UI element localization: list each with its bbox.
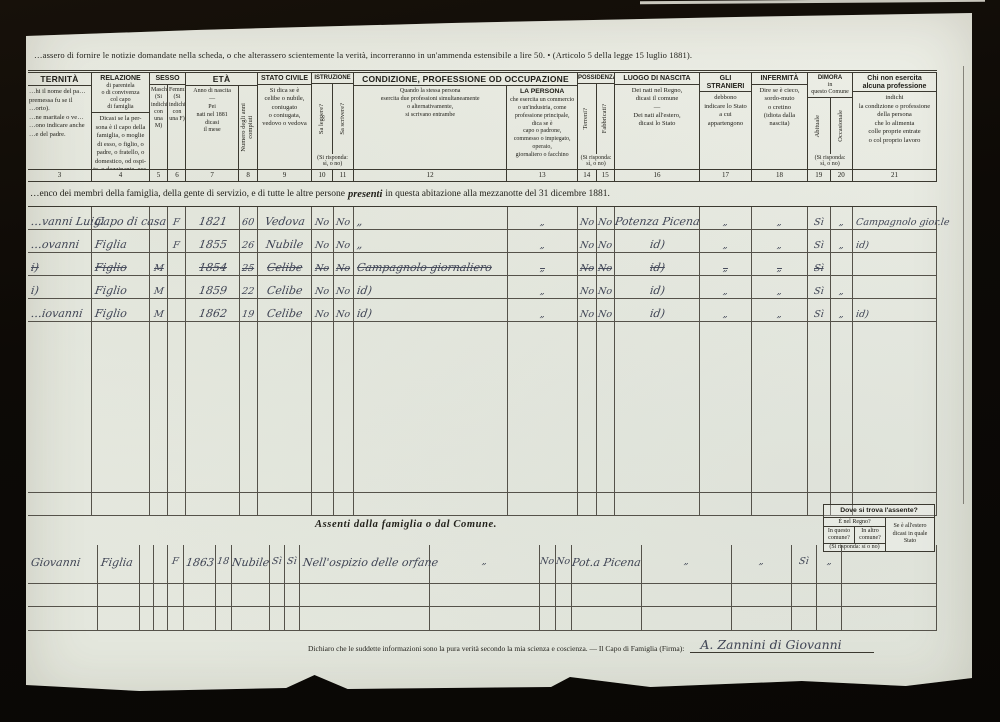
handwritten-value: 60 (242, 218, 255, 228)
empty-cell (186, 493, 240, 515)
empty-cell (792, 607, 817, 630)
empty-cell (184, 584, 216, 606)
handwritten-value: No (336, 287, 351, 297)
cell-la-persona: „ (508, 253, 578, 275)
header-col-infermita: INFERMITÀ Dire se è cieco, sordo-muto o … (752, 73, 808, 181)
handwritten-value: M (153, 287, 164, 297)
handwritten-value: Capo di casa (94, 216, 167, 227)
header-col-dimora: DIMORAin questo Comune Abituale Occasion… (808, 73, 853, 181)
handwritten-value: Celibe (266, 308, 303, 319)
handwritten-value: 1862 (198, 308, 228, 319)
column-numbers: 14 15 (578, 169, 614, 181)
empty-cell (98, 607, 140, 630)
column-title: STATO CIVILE (258, 73, 311, 85)
cell-femmina: F (168, 230, 186, 252)
empty-cell (285, 607, 300, 630)
header-col-possidenza: POSSIDENZA Terreni? Fabbricati? (Si risp… (578, 73, 615, 181)
vertical-label: Numero degli anni compiuti (241, 103, 255, 152)
empty-cell (184, 607, 216, 630)
column-number: 14 (578, 170, 597, 181)
assenti-row-1: Giovanni Figlia F 1863 18 Nubile Sì Sì N… (28, 545, 937, 584)
cell-dimora-occasionale (831, 253, 853, 275)
column-number: 21 (853, 169, 936, 181)
cell-anno-nascita: 1863 (184, 545, 216, 583)
caption-emphasis: presenti (348, 189, 382, 200)
empty-cell (578, 322, 597, 492)
column-desc: …hi il nome del pa… premessa fu se il …o… (28, 86, 91, 169)
column-title-text: GLI STRANIERI (700, 75, 751, 90)
handwritten-value: No (598, 287, 613, 297)
cell-paternita: Giovanni (28, 545, 98, 583)
handwritten-value: „ (683, 557, 689, 567)
cell-relazione: Figlio (92, 276, 150, 298)
cell-infermita: „ (752, 253, 808, 275)
empty-cell (216, 584, 232, 606)
column-title-text: STATO CIVILE (258, 75, 311, 83)
cell-relazione: Capo di casa (92, 207, 150, 229)
subcol-fabbricati: Fabbricati? (597, 84, 615, 154)
handwritten-value: Celibe (266, 262, 303, 273)
empty-cell (597, 493, 615, 515)
subcol-title: LA PERSONA (508, 88, 576, 97)
istruzione-subcolumns: Sa leggere? Sa scrivere? (312, 84, 353, 154)
paper: …assero di fornire le notizie domandate … (26, 10, 972, 700)
handwritten-value: No (579, 218, 594, 228)
empty-cell (817, 607, 842, 630)
subcol-desc: Quando la stessa persona esercita due pr… (354, 86, 506, 169)
handwritten-value: No (598, 264, 613, 274)
handwritten-value: „ (539, 287, 545, 297)
cell-dimora-abituale: Sì (808, 253, 831, 275)
handwritten-value: Celibe (266, 285, 303, 296)
vertical-label: Abituale (815, 115, 822, 137)
header-col-eta: ETÀ Anno di nascita — Pei nati nel 1881 … (186, 73, 258, 181)
cell-stranieri: „ (700, 230, 752, 252)
handwritten-value: Nell'ospizio delle orfane (302, 557, 439, 568)
handwritten-value: No (315, 241, 330, 251)
cell-paternita: i) (28, 276, 92, 298)
subcol-occasionale: Occasionale (831, 98, 853, 154)
empty-cell (312, 322, 334, 492)
presenti-caption: …enco dei membri della famiglia, della g… (28, 182, 937, 207)
cell-luogo-nascita: Potenza Picena (615, 207, 700, 229)
cell-sa-leggere: No (312, 276, 334, 298)
empty-cell (508, 493, 578, 515)
empty-cell (578, 493, 597, 515)
cell-paternita: …iovanni (28, 299, 92, 321)
cell-anni: 60 (240, 207, 258, 229)
empty-cell (572, 607, 642, 630)
handwritten-value: No (579, 287, 594, 297)
empty-cell (732, 607, 792, 630)
empty-cell (258, 493, 312, 515)
handwritten-value: i) (30, 262, 39, 273)
handwritten-value: „ (776, 218, 782, 228)
handwritten-value: 1855 (198, 239, 228, 250)
handwritten-value: „ (838, 310, 844, 320)
handwritten-value: No (556, 557, 571, 567)
cell-fabbricati: No (597, 276, 615, 298)
subcol-abituale: Abituale (808, 98, 831, 154)
handwritten-value: Sì (814, 310, 825, 320)
empty-cell (140, 545, 154, 583)
empty-cell (232, 607, 270, 630)
subcol-maschio: Maschio(Si indichi con una M) 5 (150, 85, 168, 181)
handwritten-value: No (315, 218, 330, 228)
presenti-row-4: i) Figlio M 1859 22 Celibe No No id) „ N… (28, 276, 937, 299)
dove-box-title: Dove si trova l'assente? (824, 505, 934, 518)
column-title-text: POSSIDENZA (578, 75, 614, 82)
handwritten-value: „ (776, 287, 782, 297)
cell-sa-leggere: No (312, 207, 334, 229)
cell-dimora-occasionale: „ (831, 230, 853, 252)
empty-cell (597, 322, 615, 492)
cell-infermita: „ (752, 299, 808, 321)
header-col-sesso: SESSO Maschio(Si indichi con una M) 5 Fe… (150, 73, 186, 181)
cell-terreni: No (578, 253, 597, 275)
column-number: 18 (752, 169, 807, 181)
column-number: 13 (507, 169, 577, 181)
group-title: CONDIZIONE, PROFESSIONE OD OCCUPAZIONE (354, 73, 577, 86)
cell-sa-scrivere: Sì (285, 545, 300, 583)
column-title-text: ETÀ (186, 75, 257, 84)
header-col-condizione: CONDIZIONE, PROFESSIONE OD OCCUPAZIONE Q… (354, 73, 578, 181)
presenti-row-2: …ovanni Figlia F 1855 26 Nubile No No „ … (28, 230, 937, 253)
condizione-subcolumns: Quando la stessa persona esercita due pr… (354, 86, 577, 181)
handwritten-value: F (173, 218, 181, 228)
empty-cell (140, 584, 154, 606)
handwritten-value: Sì (287, 557, 298, 567)
cell-relazione: Figlia (98, 545, 140, 583)
empty-cell (168, 607, 184, 630)
column-desc: Dire se è cieco, sordo-muto o cretino (i… (752, 85, 807, 169)
empty-cell (300, 584, 430, 606)
handwritten-value: i) (30, 285, 39, 296)
cell-dimora-occasionale: „ (831, 299, 853, 321)
cell-dimora-abituale: Sì (808, 299, 831, 321)
cell-paternita: …vanni Luigi (28, 207, 92, 229)
subcol-anno-nascita: Anno di nascita — Pei nati nel 1881 dica… (186, 86, 239, 181)
cell-la-persona: „ (508, 299, 578, 321)
empty-cell (642, 607, 732, 630)
cell-stato-civile: Vedova (258, 207, 312, 229)
cell-fabbricati: No (556, 545, 572, 583)
cell-la-persona: „ (508, 276, 578, 298)
cell-anni: 25 (240, 253, 258, 275)
subcol-desc: Femmina(Si indichi con una F) (168, 85, 186, 169)
cell-anno-nascita: 1859 (186, 276, 240, 298)
cell-infermita: „ (752, 230, 808, 252)
column-number: 15 (597, 170, 615, 181)
vertical-label: Sa scrivere? (340, 103, 347, 135)
empty-cell (354, 322, 508, 492)
handwritten-value: 25 (242, 264, 255, 274)
empty-cell (831, 322, 853, 492)
handwritten-value: id) (356, 285, 372, 296)
empty-cell (700, 322, 752, 492)
handwritten-value: No (336, 264, 351, 274)
handwritten-value: No (315, 264, 330, 274)
handwritten-value: Figlia (94, 239, 127, 250)
column-title-text: ISTRUZIONE (312, 75, 353, 82)
column-desc: Dicasi se la per- sona è il capo della f… (92, 113, 149, 169)
header-col-chi-non-esercita: Chi non esercita alcuna professione indi… (853, 73, 937, 181)
header-col-paternita: TERNITÀ …hi il nome del pa… premessa fu … (28, 73, 92, 181)
handwritten-value: No (579, 241, 594, 251)
vertical-label: Occasionale (838, 110, 845, 142)
vertical-label: Fabbricati? (602, 104, 609, 133)
group-title-text: CONDIZIONE, PROFESSIONE OD OCCUPAZIONE (354, 75, 577, 84)
column-desc: Dei nati nel Regno, dicasi il comune — D… (615, 85, 699, 169)
handwritten-value: „ (722, 218, 728, 228)
cell-anni: 26 (240, 230, 258, 252)
column-number: 3 (28, 169, 91, 181)
handwritten-value: Figlio (94, 308, 127, 319)
handwritten-value: …ovanni (30, 239, 80, 250)
column-title: Chi non esercita alcuna professione (853, 73, 936, 92)
handwritten-value: 19 (242, 310, 255, 320)
empty-cell (842, 584, 937, 606)
empty-cell (540, 607, 556, 630)
empty-cell (28, 322, 92, 492)
subcol-terreni: Terreni? (578, 84, 597, 154)
empty-cell (842, 607, 937, 630)
cell-paternita: i) (28, 253, 92, 275)
subcol-footnote: (Si risponda: sì, o no) (578, 154, 614, 169)
column-number: 9 (258, 169, 311, 181)
cell-dimora-occasionale: „ (831, 207, 853, 229)
cell-luogo-nascita: Pot.a Picena (572, 545, 642, 583)
empty-cell (334, 493, 354, 515)
empty-cell (28, 607, 98, 630)
cell-luogo-nascita: id) (615, 276, 700, 298)
column-title: INFERMITÀ (752, 73, 807, 85)
handwritten-value: id) (649, 308, 665, 319)
declaration-text: Dichiaro che le suddette informazioni so… (308, 644, 684, 653)
cell-fabbricati: No (597, 299, 615, 321)
handwritten-value: Sì (814, 264, 825, 274)
handwritten-value: No (336, 310, 351, 320)
empty-cell (508, 322, 578, 492)
empty-cell (700, 493, 752, 515)
cell-terreni: No (578, 276, 597, 298)
empty-cell (792, 584, 817, 606)
declaration-line: Dichiaro che le suddette informazioni so… (308, 639, 874, 653)
empty-ruled-row (28, 493, 937, 516)
subcol-anni-compiuti: Numero degli anni compiuti 8 (239, 86, 257, 181)
cell-anno-nascita: 1855 (186, 230, 240, 252)
assenti-section-title: Assenti dalla famiglia o dal Comune. (146, 519, 666, 530)
empty-cell (615, 322, 700, 492)
cell-dimora-abituale: Sì (808, 207, 831, 229)
cell-relazione: Figlio (92, 253, 150, 275)
cell-sa-leggere: Sì (270, 545, 285, 583)
cell-professione: Campagnolo giornaliero (354, 253, 508, 275)
handwritten-value: „ (838, 218, 844, 228)
caption-prefix: …enco dei membri della famiglia, della g… (30, 189, 345, 199)
vertical-label: Sa leggere? (319, 104, 326, 134)
handwritten-value: Sì (272, 557, 283, 567)
column-numbers: 10 11 (312, 169, 353, 181)
cell-femmina: F (168, 545, 184, 583)
handwritten-value: …iovanni (30, 308, 83, 319)
handwritten-value: „ (356, 216, 363, 227)
cell-maschio: M (150, 253, 168, 275)
handwritten-value: 22 (242, 287, 255, 297)
handwritten-value: „ (539, 264, 545, 274)
handwritten-value: „ (776, 264, 782, 274)
empty-cell (240, 493, 258, 515)
cell-stato-civile: Celibe (258, 253, 312, 275)
sesso-subcolumns: Maschio(Si indichi con una M) 5 Femmina(… (150, 85, 185, 181)
cell-stato-civile: Celibe (258, 276, 312, 298)
cell-anno-nascita: 1862 (186, 299, 240, 321)
cell-sa-scrivere: No (334, 207, 354, 229)
handwritten-value: „ (776, 241, 782, 251)
empty-cell (285, 584, 300, 606)
subcol-note: (Si indichi con una M) (151, 94, 166, 130)
subcol-femmina: Femmina(Si indichi con una F) 6 (168, 85, 186, 181)
column-number: 6 (168, 169, 186, 181)
census-table: TERNITÀ …hi il nome del pa… premessa fu … (28, 70, 937, 516)
cell-femmina: F (168, 207, 186, 229)
column-title: DIMORAin questo Comune (808, 73, 852, 98)
handwritten-value: Campagnolo giornaliero (356, 262, 492, 273)
column-number: 17 (700, 169, 751, 181)
empty-cell (28, 584, 98, 606)
empty-cell (168, 322, 186, 492)
handwritten-value: No (540, 557, 555, 567)
empty-cell (556, 584, 572, 606)
cell-professione: Nell'ospizio delle orfane (300, 545, 430, 583)
column-title-text: LUOGO DI NASCITA (615, 75, 699, 83)
cell-maschio (150, 230, 168, 252)
cell-luogo-nascita: id) (615, 253, 700, 275)
handwritten-value: Figlio (94, 285, 127, 296)
page-margin-line (963, 66, 964, 504)
empty-cell (430, 607, 540, 630)
column-number: 11 (333, 170, 353, 181)
handwritten-value: 1854 (198, 262, 228, 273)
empty-cell (92, 493, 150, 515)
column-number: 20 (831, 170, 853, 181)
handwritten-value: „ (838, 287, 844, 297)
handwritten-value: „ (539, 241, 545, 251)
empty-cell (312, 493, 334, 515)
handwritten-value: 1821 (198, 216, 228, 227)
handwritten-value: „ (722, 264, 728, 274)
cell-anno-nascita: 1821 (186, 207, 240, 229)
adjacent-page-edge (640, 0, 985, 4)
altro-comune-label: In altro comune? (855, 527, 885, 543)
empty-cell (752, 322, 808, 492)
cell-professione: id) (354, 276, 508, 298)
cell-sa-leggere: No (312, 253, 334, 275)
vertical-label-wrap: Numero degli anni compiuti (239, 86, 257, 169)
empty-cell (300, 607, 430, 630)
column-title: ETÀ (186, 73, 257, 86)
cell-dimora-abituale: Sì (808, 230, 831, 252)
empty-cell (752, 493, 808, 515)
empty-cell (270, 607, 285, 630)
handwritten-value: „ (722, 287, 728, 297)
assenti-empty-row (28, 584, 937, 607)
assenti-empty-row (28, 607, 937, 631)
possidenza-subcolumns: Terreni? Fabbricati? (578, 84, 614, 154)
empty-cell (186, 322, 240, 492)
column-title: LUOGO DI NASCITA (615, 73, 699, 85)
column-desc: Si dica se è celibe o nubile, coniugato … (258, 85, 311, 169)
empty-ruled-area (28, 322, 937, 493)
dimora-subcolumns: Abituale Occasionale (808, 98, 852, 154)
empty-cell (154, 607, 168, 630)
empty-cell (572, 584, 642, 606)
empty-cell (354, 493, 508, 515)
caption-suffix: in questa abitazione alla mezzanotte del… (385, 189, 609, 199)
handwritten-value: „ (722, 241, 728, 251)
subcol-sa-leggere: Sa leggere? (312, 84, 333, 154)
empty-cell (732, 584, 792, 606)
empty-cell (556, 607, 572, 630)
cell-stato-civile: Celibe (258, 299, 312, 321)
cell-estero (842, 545, 937, 583)
subcol-desc: Maschio(Si indichi con una M) (150, 85, 167, 169)
empty-cell (216, 607, 232, 630)
questo-comune-label: In questo comune? (824, 527, 855, 543)
handwritten-value: 18 (217, 557, 230, 567)
empty-cell (232, 584, 270, 606)
cell-alimento: id) (853, 230, 937, 252)
cell-alimento: id) (853, 299, 937, 321)
column-number: 8 (239, 169, 257, 181)
scanned-census-sheet: { "colors":{"paper":"#e9ebe2","ink":"#22… (0, 0, 1000, 722)
empty-cell (28, 493, 92, 515)
handwritten-value: 1859 (198, 285, 228, 296)
cell-sa-scrivere: No (334, 299, 354, 321)
column-desc: indichi la condizione o professione dell… (853, 92, 936, 169)
handwritten-value: id) (649, 239, 665, 250)
cell-fabbricati: No (597, 230, 615, 252)
subcol-footnote: (Si risponda: sì, o no) (312, 154, 353, 169)
cell-sa-leggere: No (312, 299, 334, 321)
column-subtitle: in questo Comune (808, 82, 852, 96)
subcol-label: Femmina (169, 87, 186, 93)
empty-cell (615, 493, 700, 515)
cell-maschio (154, 545, 168, 583)
cell-professione: id) (354, 299, 508, 321)
cell-alimento (853, 253, 937, 275)
cell-infermita: „ (752, 276, 808, 298)
handwritten-value: „ (722, 310, 728, 320)
handwritten-value: No (579, 310, 594, 320)
cell-terreni: No (578, 230, 597, 252)
column-title: SESSO (150, 73, 185, 85)
empty-cell (808, 322, 831, 492)
empty-cell (853, 322, 937, 492)
cell-stato-civile: Nubile (258, 230, 312, 252)
cell-dimora-abituale: Sì (808, 276, 831, 298)
handwritten-value: „ (758, 557, 764, 567)
header-col-istruzione: ISTRUZIONE Sa leggere? Sa scrivere? (Si … (312, 73, 354, 181)
cell-femmina (168, 253, 186, 275)
head-of-family-signature: A. Zannini di Giovanni (700, 637, 841, 652)
column-numbers: 19 20 (808, 169, 852, 181)
empty-cell (817, 584, 842, 606)
signature-line: A. Zannini di Giovanni (690, 639, 874, 653)
empty-cell (98, 584, 140, 606)
handwritten-value: No (315, 310, 330, 320)
column-number: 4 (92, 169, 149, 181)
